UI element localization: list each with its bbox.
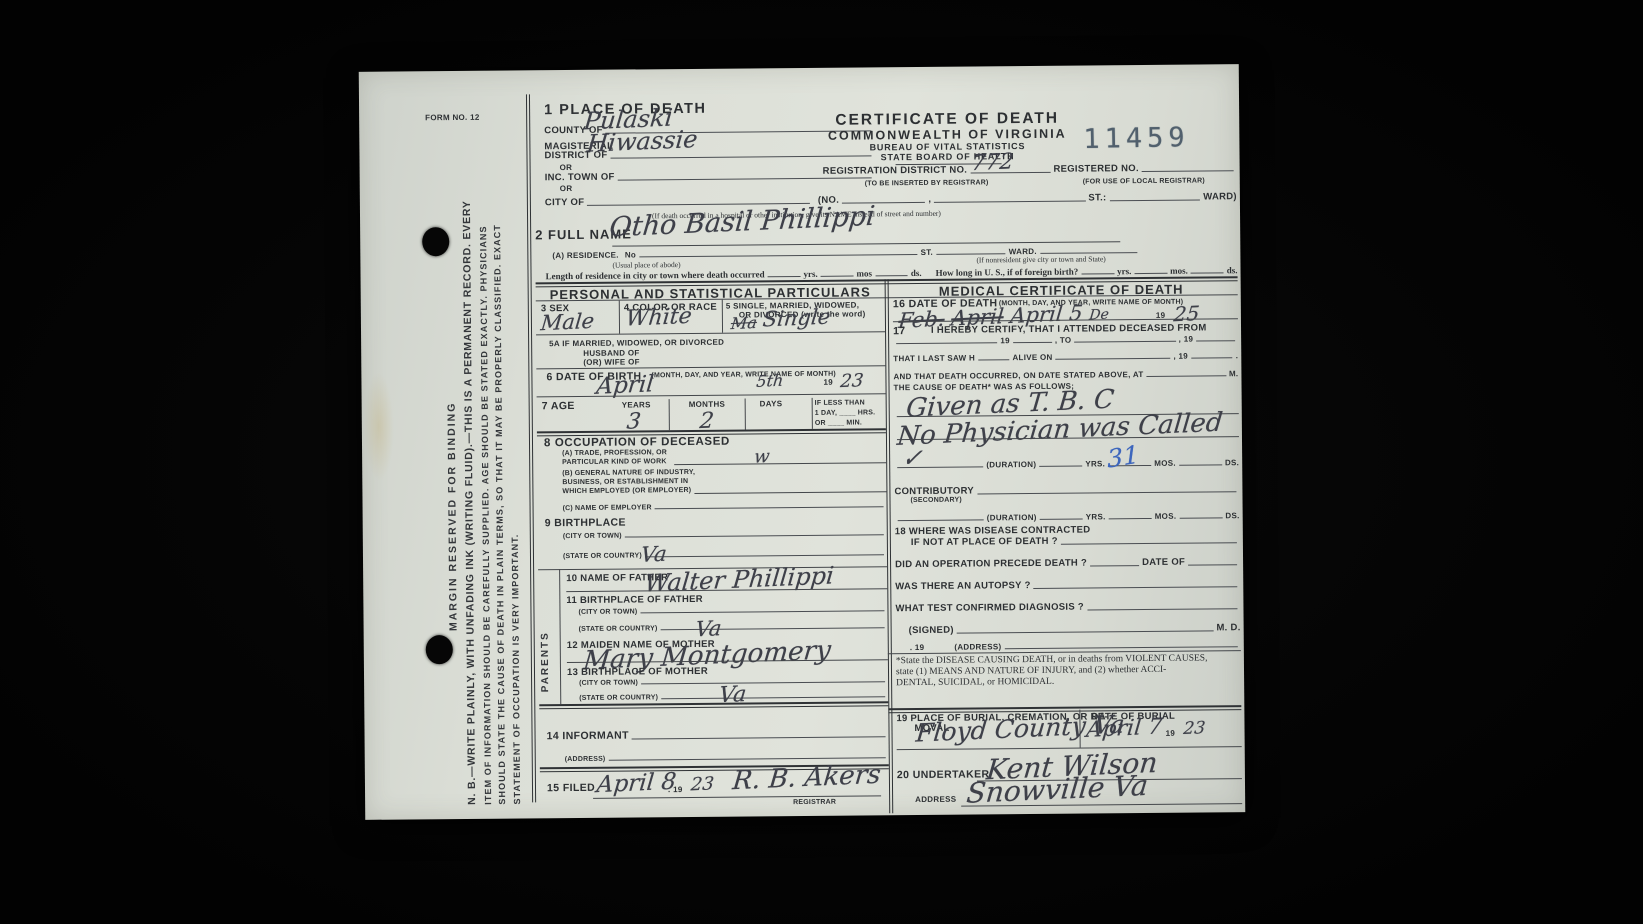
registered-no-label: REGISTERED NO. [1053,163,1139,175]
length-ds-blank [875,275,908,276]
row6-rule [537,393,886,397]
full-name-line [612,241,1120,246]
length-yrs-blank [768,276,801,277]
dod-suffix: De [1088,307,1109,324]
signed-19-label: . 19 [910,643,925,652]
occurred-m-label: M. [1229,369,1239,378]
birthplace-state-blank [645,554,884,557]
medical-address-label: (ADDRESS) [954,642,1001,651]
occ-c-blank [655,506,884,509]
certify-year-blank [1013,342,1052,343]
registrar-signature: R. B. Akers [731,760,882,796]
street-name-blank [934,201,1085,203]
autopsy-blank [1034,586,1238,589]
last-saw-blank-3 [1191,357,1233,358]
birthplace-city-blank [625,534,884,537]
burial-year-value: 23 [1183,718,1207,739]
street-st-label: ST.: [1088,192,1106,203]
certify-19a: 19 [1000,336,1010,345]
where-contracted-blank [1061,542,1237,545]
last-saw-blank-1 [978,359,1009,360]
contributory-blank [977,491,1236,494]
test-label: WHAT TEST CONFIRMED DIAGNOSIS ? [895,602,1084,615]
certify-number: 17 [893,325,906,337]
or-label-1: OR [560,163,573,172]
birthplace-label: 9 BIRTHPLACE [545,517,626,530]
race-marital-divider [722,300,723,333]
length-ds-label: ds. [911,268,922,278]
married-label-1: 5A IF MARRIED, WIDOWED, OR DIVORCED [549,338,724,349]
paper-stain [363,372,394,482]
burial-year-printed: 19 [1166,729,1176,738]
secondary-label: (SECONDARY) [910,497,961,504]
occ-b-label-2: BUSINESS, OR ESTABLISHMENT IN [562,478,688,486]
dob-day-value: 5th [755,371,784,391]
occ-c-label: (C) NAME OF EMPLOYER [563,504,652,512]
test-blank [1087,608,1237,610]
informant-label: 14 INFORMANT [547,730,629,743]
where-contracted-label-2: IF NOT AT PLACE OF DEATH ? [911,536,1058,548]
operation-label: DID AN OPERATION PRECEDE DEATH ? [895,558,1087,571]
board-line: STATE BOARD OF HEALTH [787,150,1107,163]
mother-birth-label: 13 BIRTHPLACE OF MOTHER [567,666,708,678]
residence-label: (A) RESIDENCE. [552,251,619,261]
married-label-2: HUSBAND OF [583,348,639,357]
death-certificate: FORM NO. 12 MARGIN RESERVED FOR BINDING … [359,64,1245,820]
or-label-2: OR [560,184,573,193]
length-residence-label: Length of residence in city or town wher… [546,269,765,281]
father-birth-label: 11 BIRTHPLACE OF FATHER [566,594,703,606]
parents-inner-rule [559,569,561,704]
autopsy-label: WAS THERE AN AUTOPSY ? [895,580,1030,592]
how-long-ds-blank [1191,272,1224,273]
age-less-label-3: OR ____ MIN. [815,419,862,426]
signed-blank [957,630,1214,633]
age-months-label: MONTHS [689,400,726,409]
age-less-label-1: IF LESS THAN [815,399,865,406]
how-long-ds-label: ds. [1227,265,1238,275]
certify-from-blank [896,342,997,344]
inc-town-label: INC. TOWN OF [545,172,615,184]
occupation-label: 8 OCCUPATION OF DECEASED [544,436,730,450]
duration-pencil-value: 31 [1106,440,1140,474]
margin-note-line4: STATEMENT OF OCCUPATION IS VERY IMPORTAN… [510,534,522,805]
marital-value: Single [762,305,832,332]
punch-hole-top [422,227,449,256]
occ-a-line [674,462,886,465]
md-label: M. D. [1216,622,1240,633]
age-years-label: YEARS [622,400,651,409]
father-city-blank [640,610,884,613]
registered-no-blank [1142,170,1234,172]
duration-blank-1 [1039,466,1082,467]
age-divider-1 [669,399,670,430]
punch-hole-bottom [426,635,453,664]
registrar-label: REGISTRAR [793,799,836,806]
registration-district-note: (TO BE INSERTED BY REGISTRAR) [865,179,989,187]
occurred-blank [1147,375,1226,377]
last-saw-label-1: THAT I LAST SAW H [893,353,975,363]
street-st-blank [1110,200,1201,202]
occ-a-value: w [753,446,771,468]
duration-yrs-label: YRS. [1085,459,1105,468]
mother-state-label: (STATE OR COUNTRY) [579,694,658,702]
duration-ds-label: DS. [1225,458,1239,467]
abode-note: (Usual place of abode) [612,260,680,270]
residence-st-label: ST. [921,248,934,257]
contributory-label: CONTRIBUTORY [894,486,974,498]
sex-race-divider [619,301,620,334]
magisterial-value: Hiwassie [586,125,699,158]
footnote-line-3: DENTAL, SUICIDAL, or HOMICIDAL. [896,677,1054,688]
last-saw-label-4: . [1236,351,1239,360]
length-mos-label: mos [856,268,872,278]
city-label: CITY OF [545,197,585,208]
medical-address-blank [1005,646,1238,649]
age-label: 7 AGE [542,400,575,412]
burial-date-value: April 7 [1085,715,1163,743]
how-long-mos-label: mos. [1170,266,1188,276]
age-divider-2 [745,398,746,429]
informant-address-blank [608,757,885,760]
duration2-blank-3 [1179,517,1222,518]
birthplace-city-label: (CITY OR TOWN) [563,533,622,541]
registration-district-value: 772 [970,149,1015,176]
duration-label: (DURATION) [986,460,1036,469]
margin-note-line2: ITEM OF INFORMATION SHOULD BE CAREFULLY … [478,225,493,804]
length-yrs-label: yrs. [803,269,817,279]
age-less-label-2: 1 DAY, ____ HRS. [815,409,876,417]
occ-a-label-1: (A) TRADE, PROFESSION, OR [562,449,667,457]
father-city-label: (CITY OR TOWN) [578,608,637,616]
residence-no-label: No [625,250,636,259]
informant-address-label: (ADDRESS) [565,756,606,763]
filed-date-value: April 8 [596,769,678,798]
certify-to-blank [1074,341,1175,343]
duration-mos-label: MOS. [1154,459,1176,468]
duration2-label: (DURATION) [987,513,1037,522]
signed-label: (SIGNED) [909,625,954,636]
age-days-label: DAYS [760,399,783,408]
margin-divider-rule [526,94,536,802]
father-state-label: (STATE OR COUNTRY) [579,625,658,633]
footnote-line-2: state (1) MEANS AND NATURE OF INJURY, an… [896,665,1166,677]
duration2-yrs-label: YRS. [1086,512,1106,521]
father-name-value: Walter Phillippi [643,561,835,597]
margin-binding-note: MARGIN RESERVED FOR BINDING [446,402,460,632]
margin-note-line1: N. B.—WRITE PLAINLY, WITH UNFADING INK (… [461,200,478,805]
filed-label: 15 FILED [547,782,595,794]
certify-year2-blank [1196,340,1235,341]
parents-side-label: PARENTS [540,631,552,692]
residence-no-blank [639,254,918,257]
sex-value: Male [540,309,596,335]
duration-lead-blank [897,466,983,468]
form-number: FORM NO. 12 [425,113,479,122]
registered-no-note: (FOR USE OF LOCAL REGISTRAR) [1083,177,1205,185]
operation-date-label: DATE OF [1142,557,1185,568]
how-long-yrs-label: yrs. [1117,266,1131,276]
margin-note-line3: SHOULD STATE THE CAUSE OF DEATH IN PLAIN… [492,224,507,805]
occ-b-label-3: WHICH EMPLOYED (OR EMPLOYER) [562,487,691,495]
occurred-label: AND THAT DEATH OCCURRED, ON DATE STATED … [893,370,1143,381]
filed-year-value: 23 [690,773,715,795]
street-comma: , [928,194,931,205]
duration2-blank-2 [1109,518,1152,519]
marital-struck-value: Ma [730,313,758,333]
duration2-mos-label: MOS. [1155,512,1177,521]
occ-b-line [694,491,886,494]
undertaker-address-label: ADDRESS [915,795,956,804]
nonresident-note: (If nonresident give city or town and St… [976,254,1105,264]
certify-to: , TO [1055,336,1072,345]
filed-year-printed: . 19 [668,785,683,794]
last-saw-label-2: ALIVE ON [1012,353,1052,362]
mother-state-blank [661,696,885,699]
birthplace-state-label: (STATE OR COUNTRY) [563,552,642,560]
age-divider-3 [812,398,813,429]
how-long-label: How long in U. S., if of foreign birth? [936,267,1079,278]
operation-blank [1090,565,1139,566]
dob-year-value: 23 [839,370,864,392]
mother-city-blank [641,681,885,684]
duration-blank-3 [1179,464,1222,465]
informant-blank [632,736,886,739]
street-ward-label: WARD) [1203,191,1237,202]
parents-bottom-rule [539,701,888,709]
occ-a-label-2: PARTICULAR KIND OF WORK [562,458,666,466]
duration2-ds-label: DS. [1225,511,1239,520]
last-saw-label-3: , 19 [1173,352,1188,361]
how-long-mos-blank [1134,273,1167,274]
inc-town-blank-line [618,177,872,180]
length-mos-blank [821,276,854,277]
operation-date-blank [1188,564,1237,565]
birthplace-state-value: Va [640,542,668,567]
dob-year-printed: 19 [823,378,833,387]
father-state-blank [661,627,885,630]
how-long-yrs-blank [1081,273,1114,274]
last-saw-blank-2 [1056,358,1171,360]
duration2-lead-blank [898,519,984,521]
certificate-number-stamp: 11459 [1083,122,1190,155]
registration-district-label: REGISTRATION DISTRICT NO. [823,165,968,177]
married-label-3: (OR) WIFE OF [583,357,640,366]
father-state-value: Va [694,616,722,641]
photo-background: FORM NO. 12 MARGIN RESERVED FOR BINDING … [0,0,1643,924]
dob-note: (MONTH, DAY, AND YEAR, WRITE NAME OF MON… [651,371,836,380]
occ-b-label-1: (B) GENERAL NATURE OF INDUSTRY, [562,469,695,477]
duration2-blank-1 [1040,519,1083,520]
mother-city-label: (CITY OR TOWN) [579,679,638,687]
certify-19b: , 19 [1179,335,1194,344]
race-value: White [625,304,693,332]
